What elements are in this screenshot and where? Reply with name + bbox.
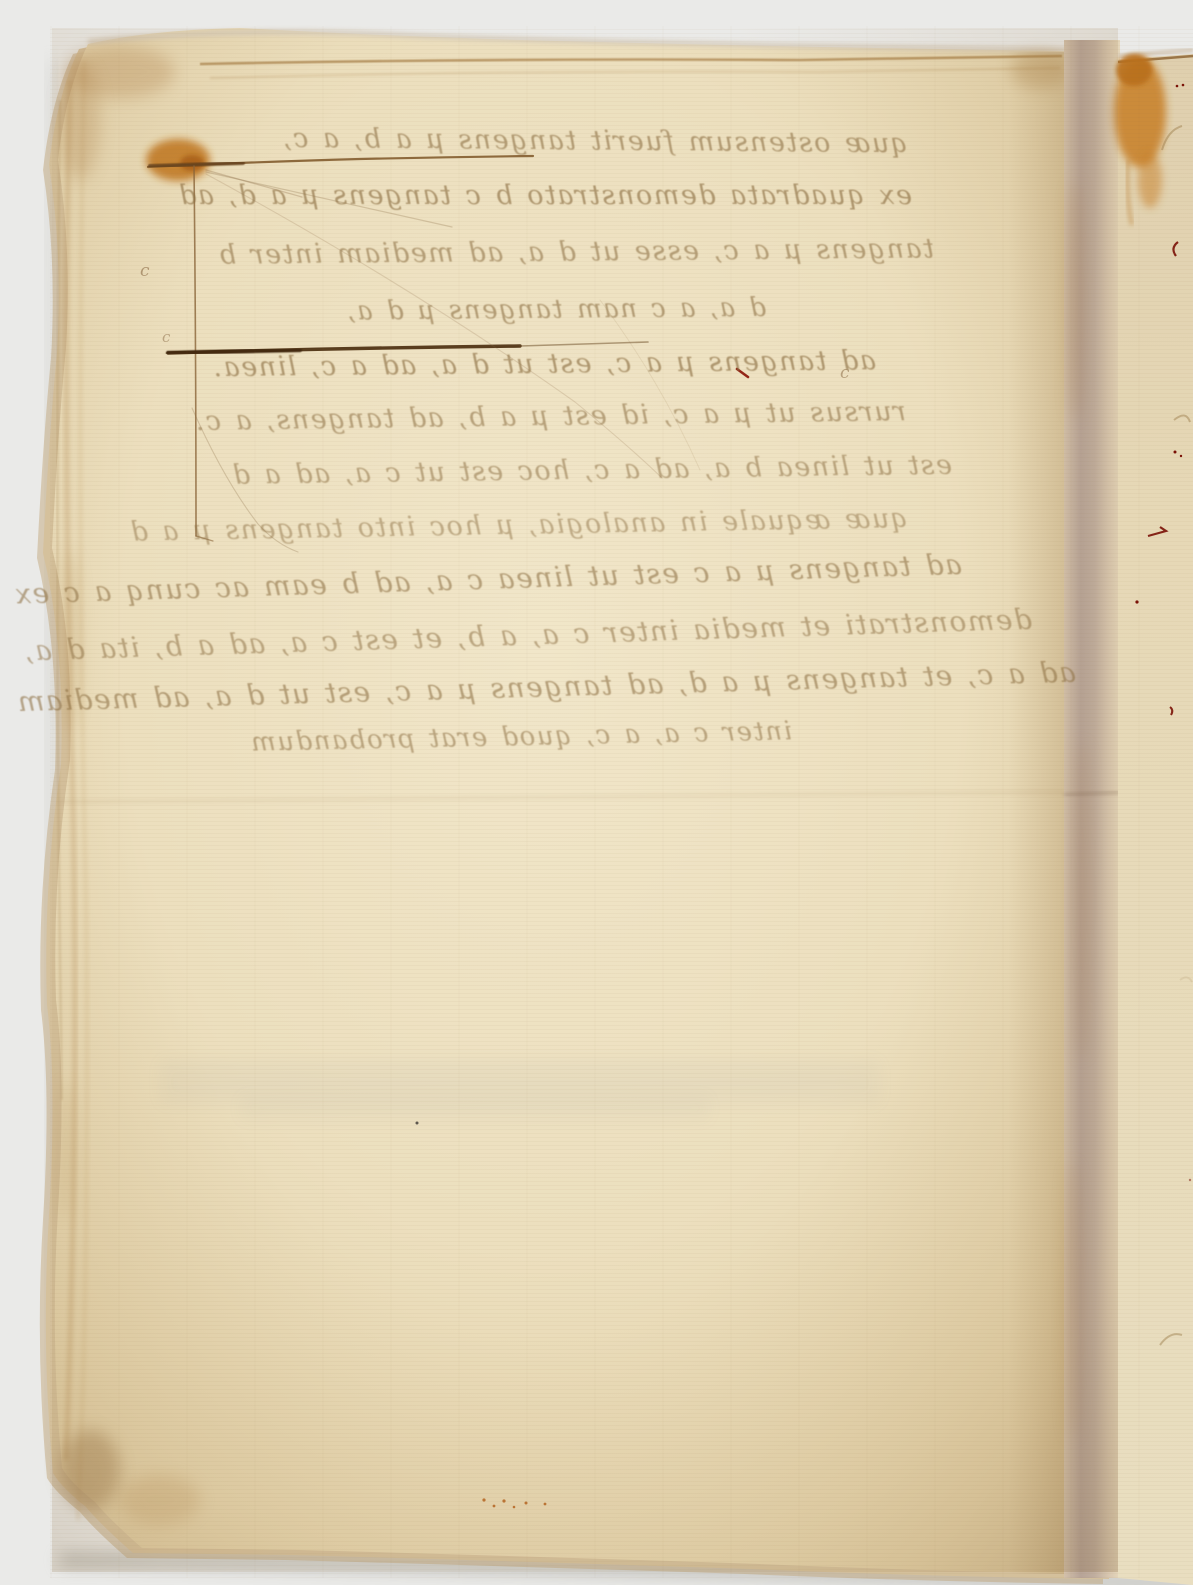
bleed-through-line: quæ ostensum fuerit tangens μ a b, a c, <box>392 124 908 160</box>
manuscript-photo: c c c <box>0 0 1193 1585</box>
diagram-label: c <box>140 261 150 281</box>
bleed-through-line: d a, a c nam tangens μ d a, <box>500 293 766 325</box>
binding-crease <box>1064 40 1120 1578</box>
bleed-through-line: ad tangens μ a c, est ut d a, ad a c, li… <box>336 345 876 382</box>
bleed-through-line: ex quadrata demonstrato b c tangens μ a … <box>346 180 912 211</box>
bleed-through-line: tangens μ a c, esse ut d a, ad mediam in… <box>330 233 934 269</box>
diagram-label: c <box>162 328 171 346</box>
adjacent-page <box>1114 50 1193 1585</box>
